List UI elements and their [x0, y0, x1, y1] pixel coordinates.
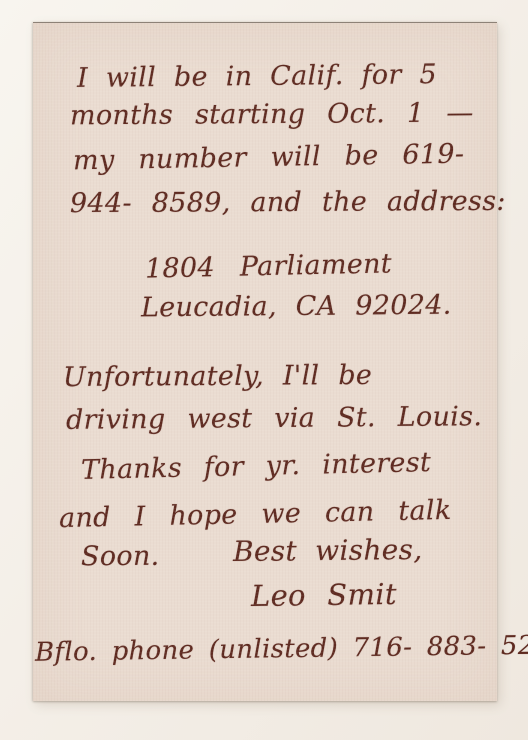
handwritten-line-11: Soon. [81, 541, 160, 573]
signature: Leo Smit [251, 578, 397, 612]
handwritten-line-9: Thanks for yr. interest [81, 447, 432, 487]
handwritten-line-7: Unfortunately, I'll be [63, 360, 372, 394]
address-line-city: Leucadia, CA 92024. [141, 290, 452, 325]
handwritten-line-2: months starting Oct. 1 — [70, 98, 474, 133]
handwritten-line-1: I will be in Calif. for 5 [77, 59, 437, 95]
handwritten-line-10: and I hope we can talk [59, 495, 452, 535]
handwritten-line-8: driving west via St. Louis. [66, 401, 482, 437]
handwritten-line-4: 944- 8589, and the address: [70, 186, 506, 220]
postscript-phone: Bflo. phone (unlisted) 716- 883- 5272 [35, 629, 528, 668]
letter-paper: I will be in Calif. for 5 months startin… [33, 22, 497, 701]
handwritten-line-3: my number will be 619- [73, 139, 465, 178]
address-line-street: 1804 Parliament [145, 248, 393, 285]
photo-background: I will be in Calif. for 5 months startin… [0, 0, 528, 740]
closing-valediction: Best wishes, [233, 534, 423, 568]
